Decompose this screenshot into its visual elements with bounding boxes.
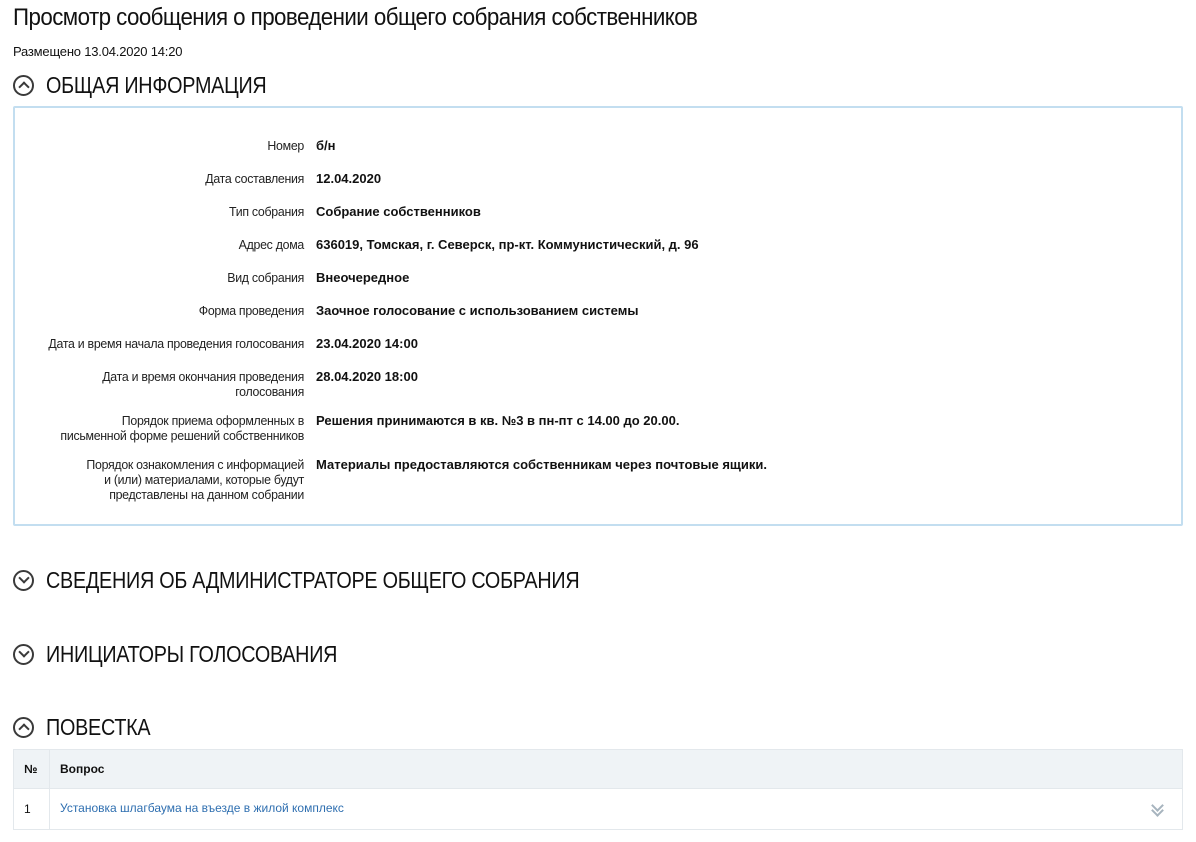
info-label: Дата и время начала проведения голосован… — [29, 336, 304, 351]
info-value: Собрание собственников — [316, 204, 481, 219]
section-title: ОБЩАЯ ИНФОРМАЦИЯ — [46, 72, 266, 99]
agenda-table: № Вопрос 1 Установка шлагбаума на въезде… — [13, 749, 1183, 830]
section-general-header[interactable]: ОБЩАЯ ИНФОРМАЦИЯ — [13, 72, 302, 98]
info-value: 28.04.2020 18:00 — [316, 369, 418, 399]
info-value: 636019, Томская, г. Северск, пр-кт. Комм… — [316, 237, 699, 252]
info-value: Материалы предоставляются собственникам … — [316, 457, 767, 502]
info-label: Порядок приема оформленных в письменной … — [29, 413, 304, 443]
posted-date: Размещено 13.04.2020 14:20 — [13, 44, 182, 59]
section-title: ИНИЦИАТОРЫ ГОЛОСОВАНИЯ — [46, 641, 337, 668]
section-administrator-header[interactable]: СВЕДЕНИЯ ОБ АДМИНИСТРАТОРЕ ОБЩЕГО СОБРАН… — [13, 567, 666, 593]
question-link[interactable]: Установка шлагбаума на въезде в жилой ко… — [60, 801, 344, 815]
info-value: 23.04.2020 14:00 — [316, 336, 418, 351]
section-agenda-header[interactable]: ПОВЕСТКА — [13, 714, 167, 740]
info-row-materials: Порядок ознакомления с информацией и (ил… — [15, 457, 1181, 502]
info-value: Заочное голосование с использованием сис… — [316, 303, 638, 318]
info-label: Адрес дома — [29, 237, 304, 252]
info-row-date: Дата составления 12.04.2020 — [15, 171, 1181, 186]
double-chevron-down-icon[interactable] — [1150, 801, 1164, 817]
section-initiators-header[interactable]: ИНИЦИАТОРЫ ГОЛОСОВАНИЯ — [13, 641, 385, 667]
info-value: б/н — [316, 138, 336, 153]
chevron-up-circle-icon — [13, 717, 34, 738]
info-row-start: Дата и время начала проведения голосован… — [15, 336, 1181, 351]
chevron-down-circle-icon — [13, 570, 34, 591]
info-label: Вид собрания — [29, 270, 304, 285]
info-value: 12.04.2020 — [316, 171, 381, 186]
general-info-panel: Номер б/н Дата составления 12.04.2020 Ти… — [13, 106, 1183, 526]
info-label: Дата составления — [29, 171, 304, 186]
row-question-cell: Установка шлагбаума на въезде в жилой ко… — [50, 789, 1183, 830]
info-row-end: Дата и время окончания проведения голосо… — [15, 369, 1181, 399]
info-row-form: Форма проведения Заочное голосование с и… — [15, 303, 1181, 318]
section-title: ПОВЕСТКА — [46, 714, 150, 741]
table-header-row: № Вопрос — [14, 750, 1183, 789]
info-label: Порядок ознакомления с информацией и (ил… — [29, 457, 304, 502]
column-header-question: Вопрос — [50, 750, 1183, 789]
info-value: Внеочередное — [316, 270, 409, 285]
page-title: Просмотр сообщения о проведении общего с… — [13, 4, 697, 32]
row-number: 1 — [14, 789, 50, 830]
column-header-number: № — [14, 750, 50, 789]
info-row-address: Адрес дома 636019, Томская, г. Северск, … — [15, 237, 1181, 252]
chevron-up-circle-icon — [13, 75, 34, 96]
chevron-down-circle-icon — [13, 644, 34, 665]
section-title: СВЕДЕНИЯ ОБ АДМИНИСТРАТОРЕ ОБЩЕГО СОБРАН… — [46, 567, 579, 594]
info-row-meeting-type: Тип собрания Собрание собственников — [15, 204, 1181, 219]
info-label: Номер — [29, 138, 304, 153]
table-row: 1 Установка шлагбаума на въезде в жилой … — [14, 789, 1183, 830]
info-label: Тип собрания — [29, 204, 304, 219]
info-row-kind: Вид собрания Внеочередное — [15, 270, 1181, 285]
info-label: Дата и время окончания проведения голосо… — [29, 369, 304, 399]
info-value: Решения принимаются в кв. №3 в пн-пт с 1… — [316, 413, 679, 443]
info-row-decisions: Порядок приема оформленных в письменной … — [15, 413, 1181, 443]
info-label: Форма проведения — [29, 303, 304, 318]
info-row-number: Номер б/н — [15, 138, 1181, 153]
